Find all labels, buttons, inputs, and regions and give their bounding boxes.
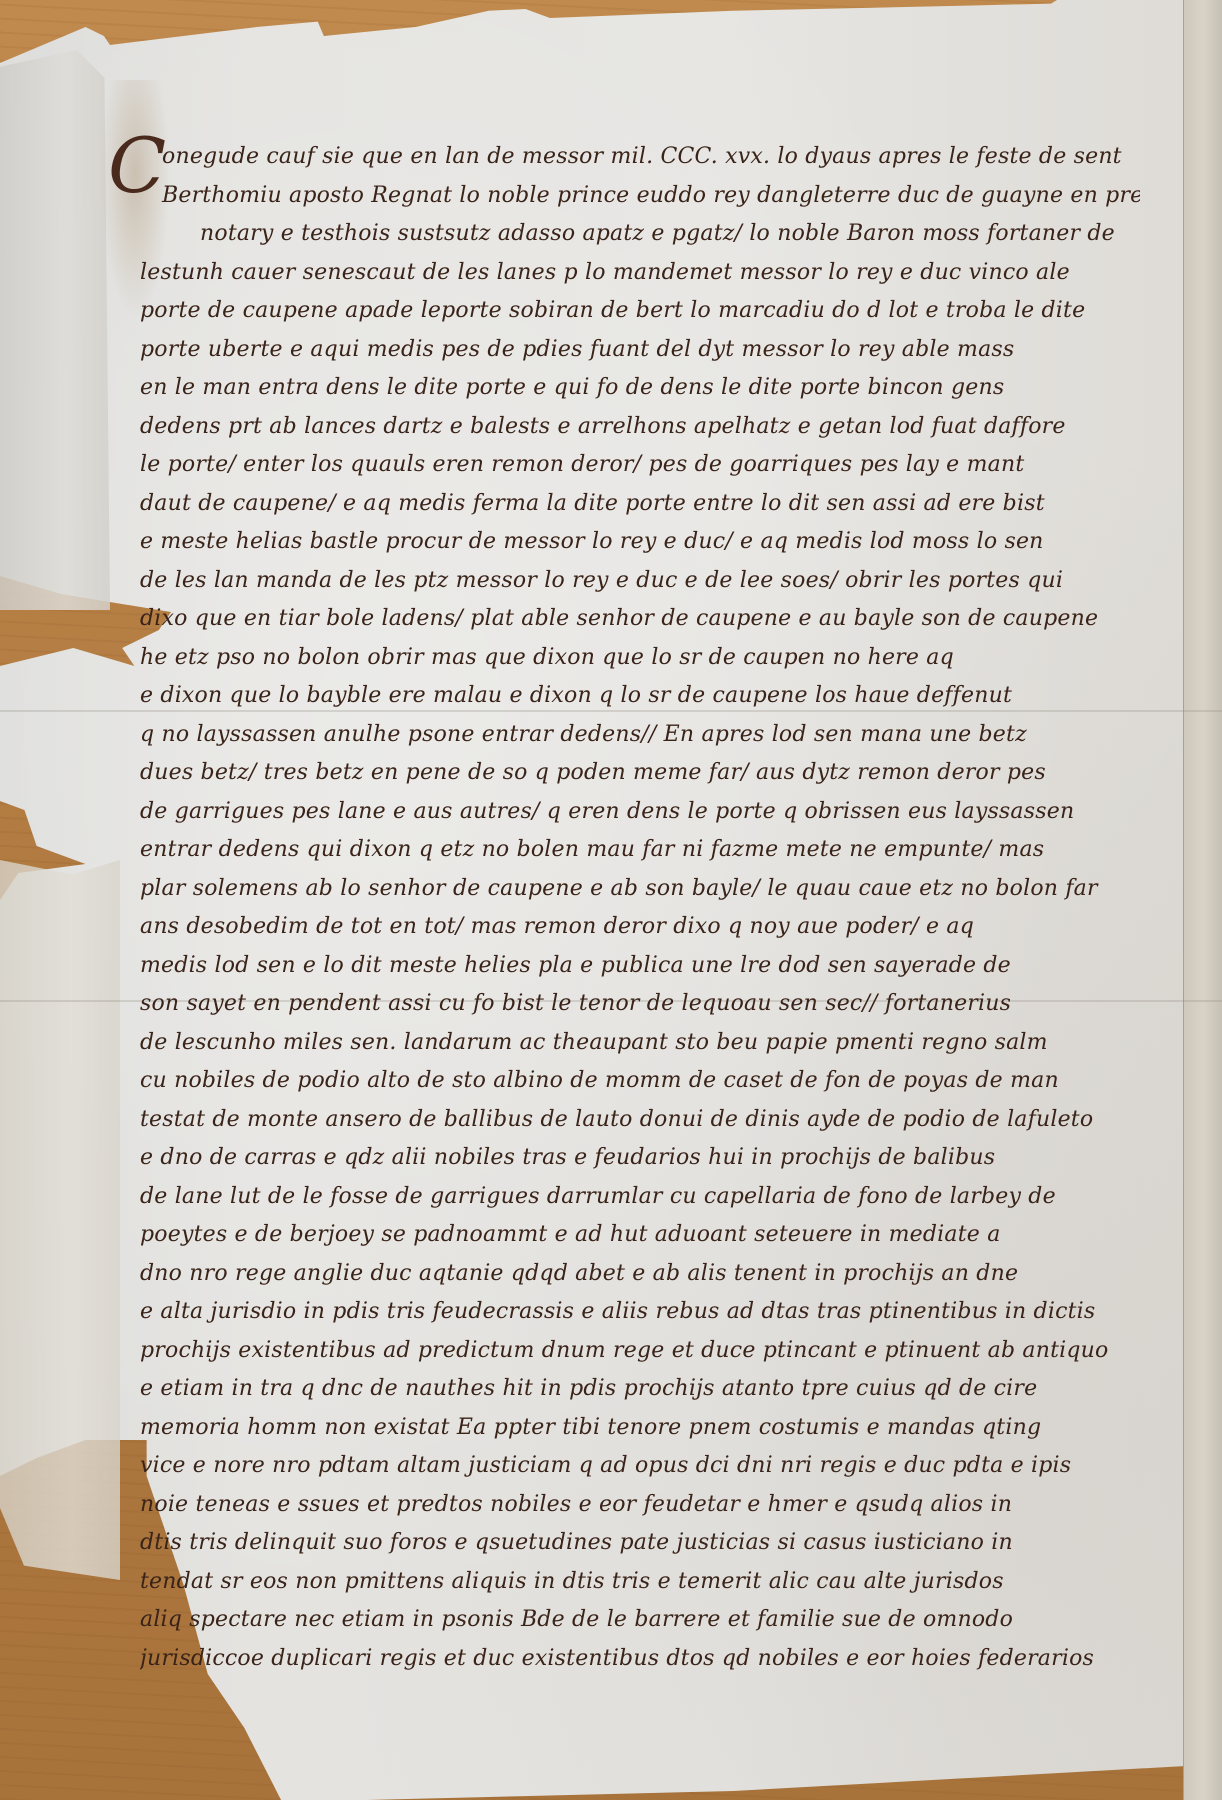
text-line: daut de caupene/ e aq medis ferma la dit… [140, 485, 1140, 524]
text-line: dixo que en tiar bole ladens/ plat able … [140, 600, 1140, 639]
text-line: onegude cauf sie que en lan de messor mi… [140, 138, 1140, 177]
text-line: porte de caupene apade leporte sobiran d… [140, 292, 1140, 331]
text-line: jurisdiccoe duplicari regis et duc exist… [140, 1640, 1140, 1679]
text-line: dtis tris delinquit suo foros e qsuetudi… [140, 1524, 1140, 1563]
text-line: de lescunho miles sen. landarum ac theau… [140, 1024, 1140, 1063]
text-line: son sayet en pendent assi cu fo bist le … [140, 985, 1140, 1024]
text-line: e etiam in tra q dnc de nauthes hit in p… [140, 1370, 1140, 1409]
text-line: cu nobiles de podio alto de sto albino d… [140, 1062, 1140, 1101]
text-line: he etz pso no bolon obrir mas que dixon … [140, 639, 1140, 678]
text-line: noie teneas e ssues et predtos nobiles e… [140, 1486, 1140, 1525]
text-line: le porte/ enter los quauls eren remon de… [140, 446, 1140, 485]
manuscript-text-block: onegude cauf sie que en lan de messor mi… [140, 138, 1140, 1678]
text-line: aliq spectare nec etiam in psonis Bde de… [140, 1601, 1140, 1640]
text-line: en le man entra dens le dite porte e qui… [140, 369, 1140, 408]
text-line: ans desobedim de tot en tot/ mas remon d… [140, 908, 1140, 947]
text-line: e alta jurisdio in pdis tris feudecrassi… [140, 1293, 1140, 1332]
text-line: poeytes e de berjoey se padnoammt e ad h… [140, 1216, 1140, 1255]
text-line: vice e nore nro pdtam altam justiciam q … [140, 1447, 1140, 1486]
text-line: testat de monte ansero de ballibus de la… [140, 1101, 1140, 1140]
text-line: notary e testhois sustsutz adasso apatz … [140, 215, 1140, 254]
text-line: dno nro rege anglie duc aqtanie qdqd abe… [140, 1255, 1140, 1294]
text-line: de les lan manda de les ptz messor lo re… [140, 562, 1140, 601]
text-line: e meste helias bastle procur de messor l… [140, 523, 1140, 562]
text-line: Berthomiu aposto Regnat lo noble prince … [140, 177, 1140, 216]
text-line: entrar dedens qui dixon q etz no bolen m… [140, 831, 1140, 870]
fold-left-bottom [0, 860, 120, 1580]
text-line: medis lod sen e lo dit meste helies pla … [140, 947, 1140, 986]
text-line: dedens prt ab lances dartz e balests e a… [140, 408, 1140, 447]
text-line: de garrigues pes lane e aus autres/ q er… [140, 793, 1140, 832]
text-line: tendat sr eos non pmittens aliquis in dt… [140, 1563, 1140, 1602]
text-line: dues betz/ tres betz en pene de so q pod… [140, 754, 1140, 793]
text-line: e dixon que lo bayble ere malau e dixon … [140, 677, 1140, 716]
text-line: plar solemens ab lo senhor de caupene e … [140, 870, 1140, 909]
text-line: de lane lut de le fosse de garrigues dar… [140, 1178, 1140, 1217]
fold-right-edge [1183, 0, 1222, 1800]
text-line: q no layssassen anulhe psone entrar dede… [140, 716, 1140, 755]
text-line: memoria homm non existat Ea ppter tibi t… [140, 1409, 1140, 1448]
text-line: porte uberte e aqui medis pes de pdies f… [140, 331, 1140, 370]
text-line: prochijs existentibus ad predictum dnum … [140, 1332, 1140, 1371]
torn-fold-left-top [0, 50, 110, 610]
text-line: lestunh cauer senescaut de les lanes p l… [140, 254, 1140, 293]
text-line: e dno de carras e qdz alii nobiles tras … [140, 1139, 1140, 1178]
